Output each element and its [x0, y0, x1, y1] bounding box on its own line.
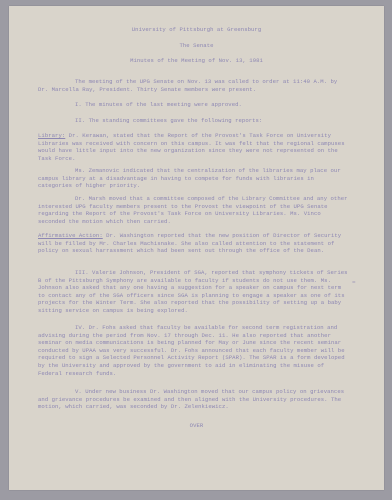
section-iv-text: IV. Dr. Fohs asked that faculty be avail… [38, 324, 348, 377]
over-marker: OVER [9, 422, 384, 430]
library-text: Dr. Kerawan, stated that the Report of t… [38, 132, 345, 162]
affirmative-action-label: Affirmative Action: [38, 232, 103, 239]
section-v: V. Under new business Dr. Washington mov… [38, 388, 348, 411]
library-motion-text: Dr. Marsh moved that a committee compose… [38, 195, 348, 225]
item-i-text: I. The minutes of the last meeting were … [38, 101, 348, 109]
opening-paragraph: The meeting of the UPG Senate on Nov. 13… [38, 78, 348, 93]
section-iii-text: III. Valerie Johnson, President of SGA, … [38, 269, 348, 315]
library-motion: Dr. Marsh moved that a committee compose… [38, 195, 348, 225]
library-label: Library: [38, 132, 65, 139]
library-report-2-text: Ms. Zemanovic indicated that the central… [38, 167, 348, 190]
section-iii: III. Valerie Johnson, President of SGA, … [38, 269, 348, 315]
section-v-text: V. Under new business Dr. Washington mov… [38, 388, 348, 411]
senate-heading: The Senate [9, 42, 384, 50]
library-report: Library: Dr. Kerawan, stated that the Re… [38, 132, 348, 162]
opening-text: The meeting of the UPG Senate on Nov. 13… [38, 78, 348, 93]
item-ii: II. The standing committees gave the fol… [38, 117, 348, 125]
item-ii-text: II. The standing committees gave the fol… [38, 117, 348, 125]
institution-heading: University of Pittsburgh at Greensburg [9, 26, 384, 34]
library-report-2: Ms. Zemanovic indicated that the central… [38, 167, 348, 190]
item-i: I. The minutes of the last meeting were … [38, 101, 348, 109]
minutes-title: Minutes of the Meeting of Nov. 13, 1981 [9, 57, 384, 65]
section-iv: IV. Dr. Fohs asked that faculty be avail… [38, 324, 348, 377]
document-page: University of Pittsburgh at Greensburg T… [9, 6, 384, 490]
affirmative-action-report: Affirmative Action: Dr. Washington repor… [38, 232, 348, 255]
margin-mark: = [352, 279, 356, 286]
